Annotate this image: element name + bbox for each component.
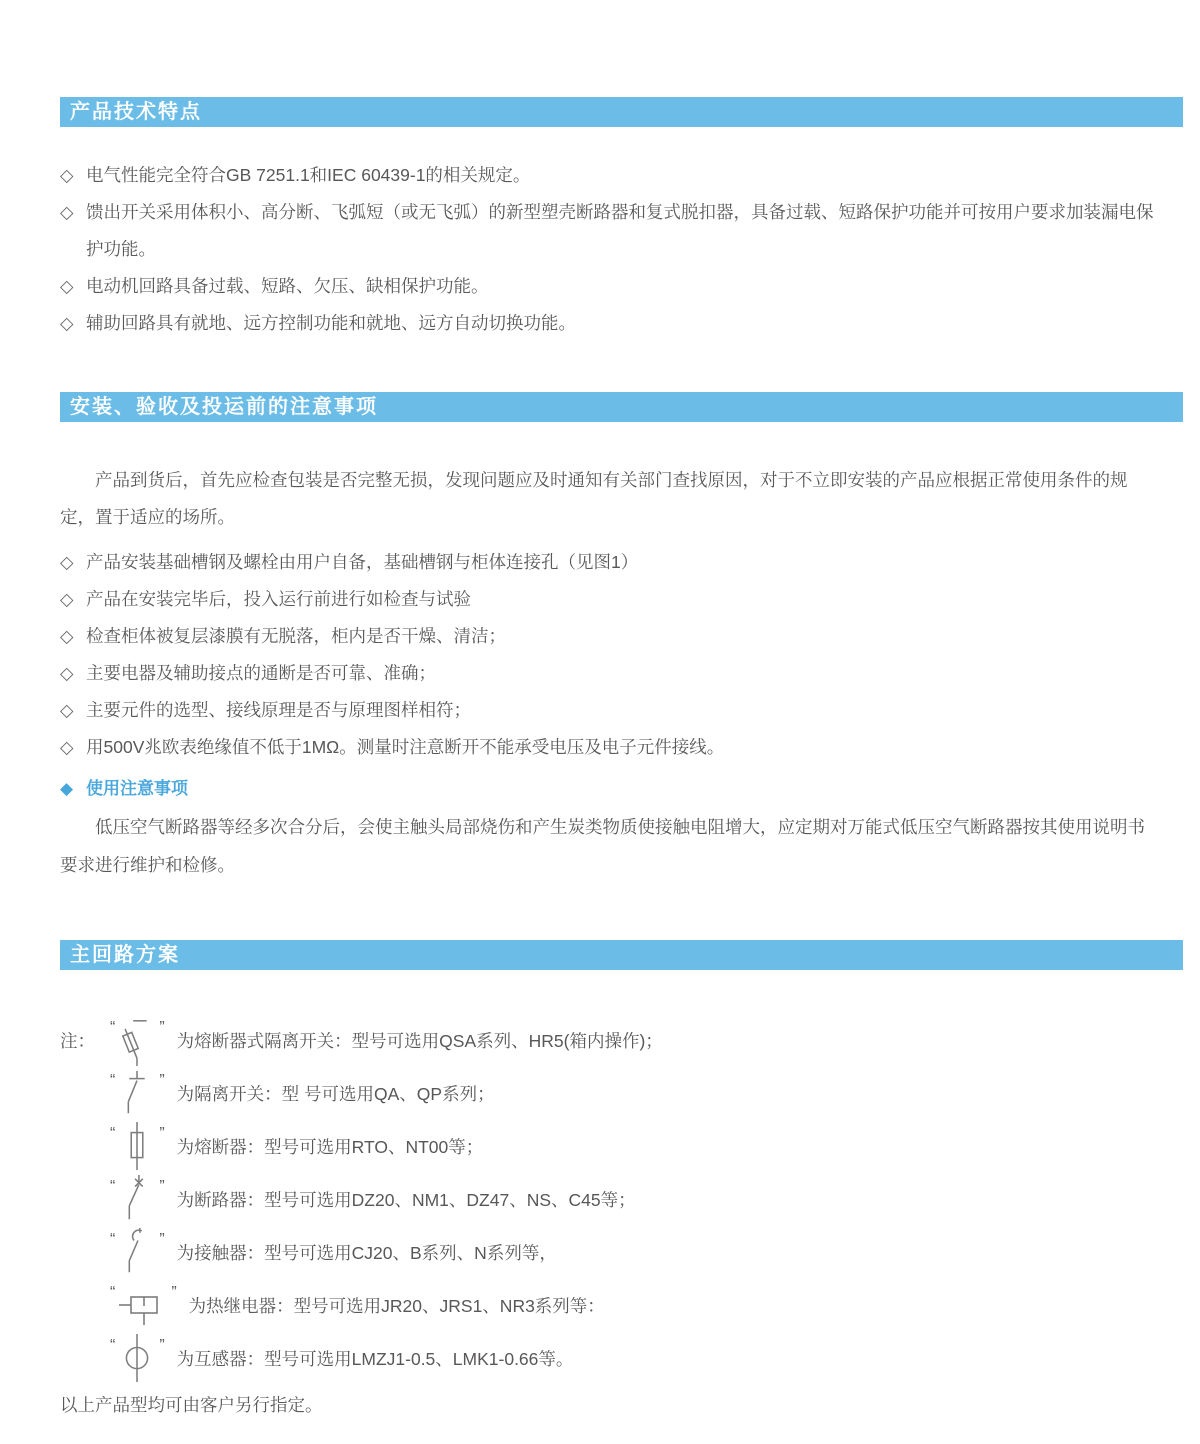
fuse-disconnector-symbol [119, 1016, 155, 1066]
close-quote: ” [155, 1231, 168, 1249]
bullet-text: 产品在安装完毕后，投入运行前进行如检查与试验 [86, 581, 1160, 618]
filled-diamond-icon: ◆ [60, 772, 86, 806]
note-text: 为隔离开关：型 号可选用QA、QP系列； [177, 1081, 495, 1106]
current-transformer-symbol [119, 1334, 155, 1384]
close-quote: ” [167, 1284, 180, 1302]
note-text: 为接触器：型号可选用CJ20、B系列、N系列等， [177, 1240, 557, 1265]
installation-bullet-list: ◇ 产品安装基础槽钢及螺栓由用户自备，基础槽钢与柜体连接孔（见图1） ◇ 产品在… [60, 544, 1160, 766]
features-bullet-list: ◇ 电气性能完全符合GB 7251.1和IEC 60439-1的相关规定。 ◇ … [60, 157, 1160, 342]
list-item: ◇ 主要元件的选型、接线原理是否与原理图样相符； [60, 692, 1160, 729]
note-row: “ ” 为接触器：型号可选用CJ20、B系列、N系列等， [60, 1226, 1200, 1279]
list-item: ◇ 用500V兆欧表绝缘值不低于1MΩ。测量时注意断开不能承受电压及电子元件接线… [60, 729, 1160, 766]
diamond-bullet-icon: ◇ [60, 194, 86, 268]
bullet-text: 检查柜体被复层漆膜有无脱落，柜内是否干燥、清洁； [86, 618, 1160, 655]
thermal-relay-symbol [119, 1283, 167, 1329]
open-quote: “ [106, 1019, 119, 1037]
usage-notes-subheading: ◆ 使用注意事项 [60, 772, 1200, 806]
open-quote: “ [106, 1072, 119, 1090]
diamond-bullet-icon: ◇ [60, 729, 86, 766]
list-item: ◇ 主要电器及辅助接点的通断是否可靠、准确； [60, 655, 1160, 692]
note-text: 为熔断器式隔离开关：型号可选用QSA系列、HR5(箱内操作)； [177, 1028, 663, 1053]
open-quote: “ [106, 1125, 119, 1143]
diamond-bullet-icon: ◇ [60, 692, 86, 729]
fuse-symbol [119, 1122, 155, 1172]
diamond-bullet-icon: ◇ [60, 305, 86, 342]
bullet-text: 主要元件的选型、接线原理是否与原理图样相符； [86, 692, 1160, 729]
open-quote: “ [106, 1178, 119, 1196]
list-item: ◇ 电动机回路具备过载、短路、欠压、缺相保护功能。 [60, 268, 1160, 305]
diamond-bullet-icon: ◇ [60, 618, 86, 655]
circuit-symbol-notes: 注： “ ” 为熔断器式隔离开关：型号可选用QSA系列、HR5(箱内操作)； “ [60, 1014, 1200, 1385]
section-title-features: 产品技术特点 [60, 97, 1183, 127]
close-quote: ” [155, 1178, 168, 1196]
section-title-installation: 安装、验收及投运前的注意事项 [60, 392, 1183, 422]
notes-footer: 以上产品型均可由客户另行指定。 [60, 1393, 1200, 1417]
diamond-bullet-icon: ◇ [60, 544, 86, 581]
note-text: 为热继电器：型号可选用JR20、JRS1、NR3系列等： [189, 1293, 605, 1318]
close-quote: ” [155, 1072, 168, 1090]
note-text: 为断路器：型号可选用DZ20、NM1、DZ47、NS、C45等； [177, 1187, 636, 1212]
note-row: “ ” 为断路器：型号可选用DZ20、NM1、DZ47、NS、C45等； [60, 1173, 1200, 1226]
list-item: ◇ 电气性能完全符合GB 7251.1和IEC 60439-1的相关规定。 [60, 157, 1160, 194]
list-item: ◇ 产品安装基础槽钢及螺栓由用户自备，基础槽钢与柜体连接孔（见图1） [60, 544, 1160, 581]
installation-intro-paragraph: 产品到货后，首先应检查包装是否完整无损，发现问题应及时通知有关部门查找原因，对于… [60, 462, 1160, 536]
close-quote: ” [155, 1337, 168, 1355]
open-quote: “ [106, 1231, 119, 1249]
close-quote: ” [155, 1125, 168, 1143]
diamond-bullet-icon: ◇ [60, 581, 86, 618]
bullet-text: 主要电器及辅助接点的通断是否可靠、准确； [86, 655, 1160, 692]
close-quote: ” [155, 1019, 168, 1037]
subheading-text: 使用注意事项 [86, 772, 188, 806]
list-item: ◇ 检查柜体被复层漆膜有无脱落，柜内是否干燥、清洁； [60, 618, 1160, 655]
contactor-symbol [119, 1228, 155, 1278]
manual-page: 产品技术特点 ◇ 电气性能完全符合GB 7251.1和IEC 60439-1的相… [0, 0, 1200, 1444]
diamond-bullet-icon: ◇ [60, 268, 86, 305]
circuit-breaker-symbol [119, 1175, 155, 1225]
bullet-text: 产品安装基础槽钢及螺栓由用户自备，基础槽钢与柜体连接孔（见图1） [86, 544, 1160, 581]
bullet-text: 电动机回路具备过载、短路、欠压、缺相保护功能。 [86, 268, 1160, 305]
notes-label: 注： [60, 1028, 106, 1053]
diamond-bullet-icon: ◇ [60, 655, 86, 692]
list-item: ◇ 辅助回路具有就地、远方控制功能和就地、远方自动切换功能。 [60, 305, 1160, 342]
list-item: ◇ 产品在安装完毕后，投入运行前进行如检查与试验 [60, 581, 1160, 618]
note-text: 为熔断器：型号可选用RTO、NT00等； [177, 1134, 484, 1159]
note-text: 为互感器：型号可选用LMZJ1-0.5、LMK1-0.66等。 [177, 1346, 574, 1371]
note-row: 注： “ ” 为熔断器式隔离开关：型号可选用QSA系列、HR5(箱内操作)； [60, 1014, 1200, 1067]
note-row: “ ” 为隔离开关：型 号可选用QA、QP系列； [60, 1067, 1200, 1120]
diamond-bullet-icon: ◇ [60, 157, 86, 194]
bullet-text: 电气性能完全符合GB 7251.1和IEC 60439-1的相关规定。 [86, 157, 1160, 194]
section-title-main-circuit: 主回路方案 [60, 940, 1183, 970]
open-quote: “ [106, 1337, 119, 1355]
bullet-text: 辅助回路具有就地、远方控制功能和就地、远方自动切换功能。 [86, 305, 1160, 342]
isolator-switch-symbol [119, 1069, 155, 1119]
open-quote: “ [106, 1284, 119, 1302]
bullet-text: 馈出开关采用体积小、高分断、飞弧短（或无飞弧）的新型塑壳断路器和复式脱扣器，具备… [86, 194, 1160, 268]
note-row: “ ” 为热继电器：型号可选用JR20、JRS1、NR3系列等： [60, 1279, 1200, 1332]
usage-notes-paragraph: 低压空气断路器等经多次合分后，会使主触头局部烧伤和产生炭类物质使接触电阻增大，应… [60, 808, 1160, 884]
note-row: “ ” 为互感器：型号可选用LMZJ1-0.5、LMK1-0.66等。 [60, 1332, 1200, 1385]
note-row: “ ” 为熔断器：型号可选用RTO、NT00等； [60, 1120, 1200, 1173]
bullet-text: 用500V兆欧表绝缘值不低于1MΩ。测量时注意断开不能承受电压及电子元件接线。 [86, 729, 1160, 766]
list-item: ◇ 馈出开关采用体积小、高分断、飞弧短（或无飞弧）的新型塑壳断路器和复式脱扣器，… [60, 194, 1160, 268]
